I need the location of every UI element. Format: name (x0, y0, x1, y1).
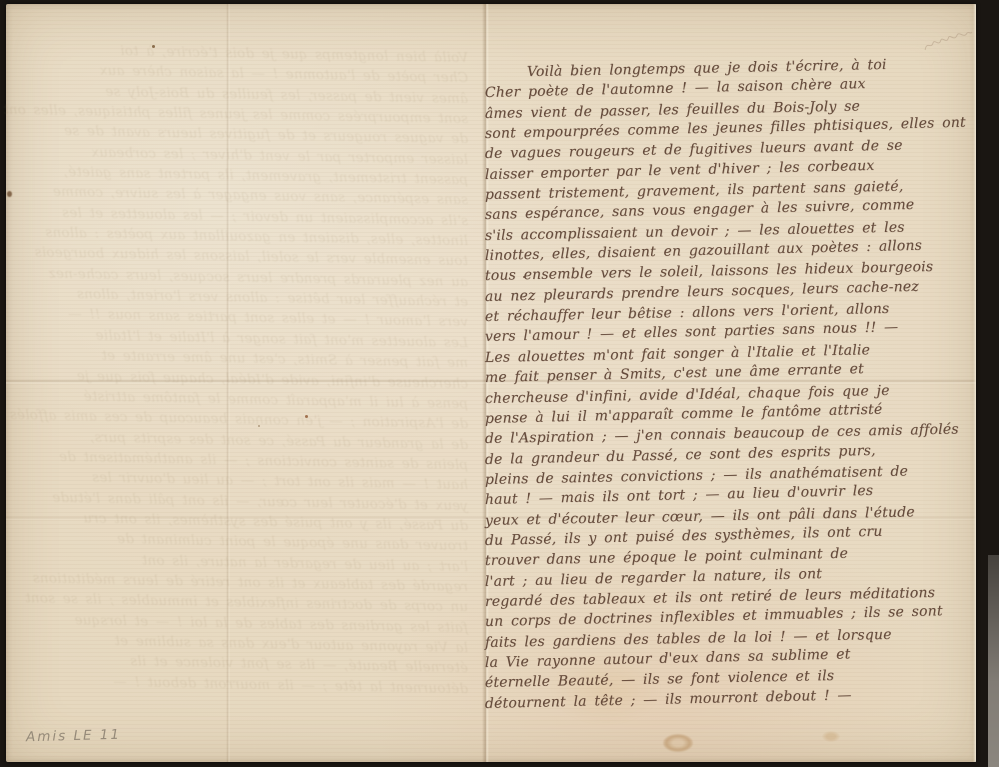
letter-sheet: Voilà bien longtemps que je dois t'écrir… (6, 4, 976, 762)
letter-body: Voilà bien longtemps que je dois t'écrir… (485, 65, 963, 716)
foxing-speck (7, 191, 12, 197)
ink-showthrough: Voilà bien longtemps que je dois t'écrir… (18, 50, 468, 701)
scan-edge-sliver (988, 555, 999, 767)
paper-edge-highlight (973, 4, 976, 762)
scan-background: Voilà bien longtemps que je dois t'écrir… (0, 0, 999, 767)
pencil-catalogue-note: Amis LE 11 (26, 727, 121, 745)
